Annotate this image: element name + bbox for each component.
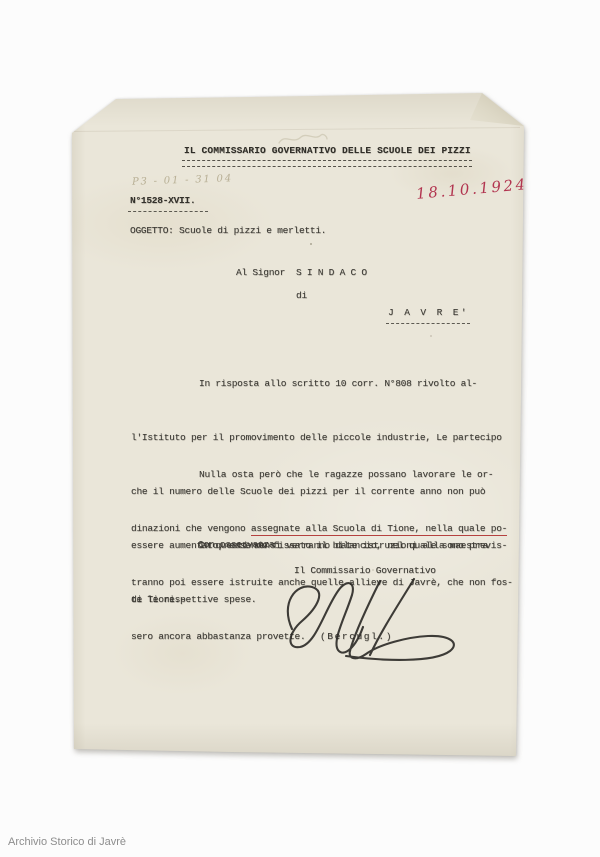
paper-shadow: IL COMMISSARIO GOVERNATIVO DELLE SCUOLE … bbox=[72, 93, 524, 756]
archive-watermark: Archivio Storico di Javrè bbox=[8, 836, 126, 848]
letterhead-rule bbox=[182, 160, 472, 167]
letterhead-title: IL COMMISSARIO GOVERNATIVO DELLE SCUOLE … bbox=[184, 145, 471, 157]
protocol-number: N°1528-XVII. bbox=[130, 194, 195, 208]
paper-stain bbox=[430, 335, 432, 337]
paper-sheet: IL COMMISSARIO GOVERNATIVO DELLE SCUOLE … bbox=[72, 93, 524, 756]
pencil-note: P3 - 01 - 31 04 bbox=[132, 173, 233, 188]
closing-line: Con osservanza bbox=[198, 536, 274, 554]
scan-background: IL COMMISSARIO GOVERNATIVO DELLE SCUOLE … bbox=[0, 0, 600, 857]
addressee-di: di bbox=[296, 289, 307, 303]
body-line: In risposta allo scritto 10 corr. N°808 … bbox=[131, 375, 507, 393]
protocol-underline bbox=[128, 211, 208, 212]
signature-flourish bbox=[262, 577, 476, 661]
subject-line: OGGETTO: Scuole di pizzi e merletti. bbox=[130, 224, 326, 238]
body-line: In questi sensi verranno date istruzioni… bbox=[131, 537, 488, 555]
body-line: Nulla osta però che le ragazze possano l… bbox=[131, 466, 513, 484]
addressee-line: Al Signor S I N D A C O bbox=[236, 266, 367, 280]
addressee-underline bbox=[386, 323, 470, 324]
addressee-place: J A V R E' bbox=[388, 306, 469, 320]
handwritten-date: 18.10.1924 bbox=[415, 175, 528, 203]
paper-stain bbox=[310, 243, 312, 245]
